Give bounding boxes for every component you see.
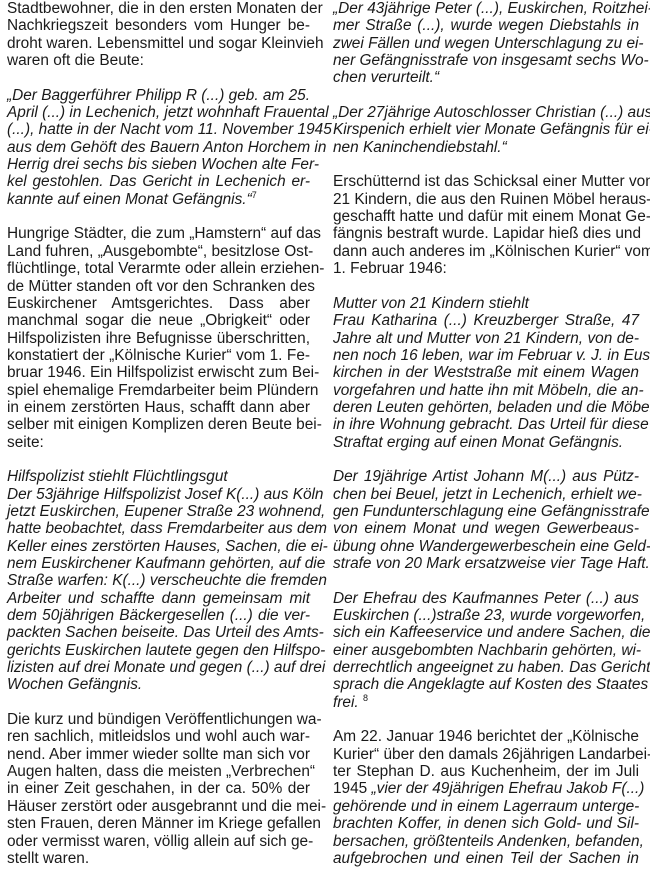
text-line: Euskirchener Amtsgerichtes. Dass aber <box>7 295 310 312</box>
text-line: in einem zerstörten Haus, schafft dann a… <box>7 399 310 416</box>
footnote-marker: 8 <box>363 693 368 703</box>
text-line: „Der 27jährige Autoschlosser Christian (… <box>333 104 639 121</box>
text-line: Jahre alt und Mutter von 21 Kindern, von… <box>333 330 639 347</box>
text-line: waren oft die Beute: <box>7 52 310 69</box>
quote-heading: Hilfspolizist stiehlt Flüchtlingsgut <box>7 468 310 485</box>
text-line: droht waren. Lebensmittel und sogar Klei… <box>7 35 310 52</box>
text-line: (...), hatte in der Nacht vom 11. Novemb… <box>7 121 310 138</box>
text-line: Hungrige Städter, die zum „Hamstern“ auf… <box>7 225 310 242</box>
text-line: Euskirchen (...)straße 23, wurde vorgewo… <box>333 607 639 624</box>
quote-fragment: „vier der 49jährigen Ehefrau Jakob F(...… <box>372 780 645 797</box>
text-line: Der Ehefrau des Kaufmannes Peter (...) a… <box>333 590 639 607</box>
text-line: manchmal sogar die neue „Obrigkeit“ oder <box>7 312 310 329</box>
text-line: 21 Kindern, die aus den Ruinen Möbel her… <box>333 191 639 208</box>
text-line: Die kurz und bündigen Veröffentlichungen… <box>7 711 310 728</box>
text-line: oder vermisst waren, völlig allein auf s… <box>7 833 310 850</box>
text-line: mer Straße (...), wurde wegen Diebstahls… <box>333 17 639 34</box>
text-line: zwei Fällen und wegen Unterschlagung zu … <box>333 35 639 52</box>
text-line: Keller eines zerstörten Hauses, Sachen, … <box>7 538 310 555</box>
text-line: Am 22. Januar 1946 berichtet der „Kölnis… <box>333 728 639 745</box>
text-line: lizisten auf drei Monate und gegen (...)… <box>7 659 310 676</box>
text-line: derrechtlich angeeignet zu haben. Das Ge… <box>333 659 639 676</box>
text-line: kannte auf einen Monat Gefängnis.“7 <box>7 191 310 208</box>
text-line: dann auch anderes im „Kölnischen Kurier“… <box>333 243 639 260</box>
text-line: vorgefahren und hatte ihn mit Möbeln, di… <box>333 382 639 399</box>
text-line: Kirspenich erhielt vier Monate Gefängnis… <box>333 121 639 138</box>
text-line: gehörende und in einem Lagerraum unterge… <box>333 798 639 815</box>
text-line: Stadtbewohner, die in den ersten Monaten… <box>7 0 310 17</box>
text-line: chen verurteilt.“ <box>333 69 639 86</box>
text-line: sich ein Kaffeeservice und andere Sachen… <box>333 624 639 641</box>
quote-peter-43: „Der 43jährige Peter (...), Euskirchen, … <box>333 0 639 87</box>
text-line: von einem Monat und wegen Gewerbeaus- <box>333 520 639 537</box>
document-page: Stadtbewohner, die in den ersten Monaten… <box>0 0 650 880</box>
text-line: „Der Baggerführer Philipp R (...) geb. a… <box>7 87 310 104</box>
text-line: April (...) in Lechenich, jetzt wohnhaft… <box>7 104 310 121</box>
text-line: Land fuhren, „Ausgebombte“, besitzlose O… <box>7 243 310 260</box>
text-line: nen noch 16 leben, war im Februar v. J. … <box>333 347 639 364</box>
text-line: hatte beobachtet, dass Fremdarbeiter aus… <box>7 520 310 537</box>
text-line: ren sachlich, mitleidslos und wohl auch … <box>7 728 310 745</box>
text-line: aufgebrochen und einen Teil der Sachen i… <box>333 850 639 867</box>
text-line: einer ausgebombten Nachbarin gehörten, w… <box>333 642 639 659</box>
quote-mutter-21-kinder: Mutter von 21 Kindern stiehlt Frau Katha… <box>333 295 639 451</box>
text-line: gen Fundunterschlagung eine Gefängnisstr… <box>333 503 639 520</box>
footnote-marker: 7 <box>252 190 257 200</box>
paragraph-veroeffentlichungen: Die kurz und bündigen Veröffentlichungen… <box>7 711 310 867</box>
text-line: de Mütter standen oft vor den Schranken … <box>7 278 310 295</box>
text-line: brachten Koffer, in denen sich Gold- und… <box>333 815 639 832</box>
text-line: Nachkriegszeit besonders vom Hunger be- <box>7 17 310 34</box>
text-line: spiel ehemalige Fremdarbeiter beim Plünd… <box>7 382 310 399</box>
quote-baggerfuehrer: „Der Baggerführer Philipp R (...) geb. a… <box>7 87 310 208</box>
text-line: ner Gefängnisstrafe von insgesamt sechs … <box>333 52 639 69</box>
text-line: kel gestohlen. Das Gericht in Lechenich … <box>7 173 310 190</box>
text-line: deren Leuten gehörten, beladen und die M… <box>333 399 639 416</box>
quote-artist-johann: Der 19jährige Artist Johann M(...) aus P… <box>333 468 639 572</box>
text-line: dem 50jährigen Bäckergesellen (...) die … <box>7 607 310 624</box>
text-line: bersachen, größtenteils Andenken, befand… <box>333 833 639 850</box>
text-line: in ihre Wohnung gebracht. Das Urteil für… <box>333 416 639 433</box>
text-line: Straße warfen: K(...) verscheuchte die f… <box>7 572 310 589</box>
text-line: Hilfspolizisten ihre Befugnisse überschr… <box>7 330 310 347</box>
text-line: ter Stephan D. aus Kuchenheim, der im Ju… <box>333 763 639 780</box>
text-line: geschafft hatte und dafür mit einem Mona… <box>333 208 639 225</box>
text-line: nend. Aber immer wieder sollte man sich … <box>7 746 310 763</box>
text-line: Häuser zerstört oder ausgebrannt und die… <box>7 798 310 815</box>
text-line: in einer Zeit geschahen, in der ca. 50% … <box>7 780 310 797</box>
text-line: konstatiert der „Kölnische Kurier“ vom 1… <box>7 347 310 364</box>
text-line: Der 53jährige Hilfspolizist Josef K(...)… <box>7 486 310 503</box>
text-fragment: frei. <box>333 694 359 711</box>
text-line: packten Sachen beiseite. Das Urteil des … <box>7 624 310 641</box>
text-fragment: kannte auf einen Monat Gefängnis.“ <box>7 191 252 208</box>
quote-autoschlosser: „Der 27jährige Autoschlosser Christian (… <box>333 104 639 156</box>
text-line: Herrig drei sechs bis sieben Wochen alte… <box>7 156 310 173</box>
left-column: Stadtbewohner, die in den ersten Monaten… <box>7 0 310 880</box>
text-line: selber mit einigen Komplizen deren Beute… <box>7 416 310 433</box>
text-line: bruar 1946. Ein Hilfspolizist erwischt z… <box>7 364 310 381</box>
text-line: 1945 „vier der 49jährigen Ehefrau Jakob … <box>333 780 639 797</box>
text-line: Straftat erging auf einen Monat Gefängni… <box>333 434 639 451</box>
text-line: seite: <box>7 434 310 451</box>
paragraph-mutter-schicksal: Erschütternd ist das Schicksal einer Mut… <box>333 173 639 277</box>
paragraph-hunger-intro: Stadtbewohner, die in den ersten Monaten… <box>7 0 310 69</box>
text-line: flüchtlinge, total Verarmte oder allein … <box>7 260 310 277</box>
text-line: chen bei Beuel, jetzt in Lechenich, erhi… <box>333 486 639 503</box>
paragraph-hungrige-staedter: Hungrige Städter, die zum „Hamstern“ auf… <box>7 225 310 450</box>
text-line: 1. Februar 1946: <box>333 260 639 277</box>
text-line: fängnis bestraft wurde. Lapidar hieß die… <box>333 225 639 242</box>
text-line: nem Euskirchener Kaufmann gehörten, auf … <box>7 555 310 572</box>
text-line: kirchen in der Weststraße mit einem Wage… <box>333 364 639 381</box>
text-line: Der 19jährige Artist Johann M(...) aus P… <box>333 468 639 485</box>
text-line: frei. 8 <box>333 694 639 711</box>
paragraph-stephan-d: Am 22. Januar 1946 berichtet der „Kölnis… <box>333 728 639 867</box>
text-line: jetzt Euskirchen, Eupener Straße 23 wohn… <box>7 503 310 520</box>
quote-heading: Mutter von 21 Kindern stiehlt <box>333 295 639 312</box>
quote-ehefrau-kaufmann: Der Ehefrau des Kaufmannes Peter (...) a… <box>333 590 639 711</box>
text-line: Frau Katharina (...) Kreuzberger Straße,… <box>333 312 639 329</box>
text-line: aus dem Gehöft des Bauern Anton Horchem … <box>7 139 310 156</box>
quote-hilfspolizist: Hilfspolizist stiehlt Flüchtlingsgut Der… <box>7 468 310 693</box>
text-line: stellt waren. <box>7 850 310 867</box>
text-line: Kurier“ über den damals 26jährigen Landa… <box>333 746 639 763</box>
text-line: Erschütternd ist das Schicksal einer Mut… <box>333 173 639 190</box>
text-line: sten Frauen, deren Männer im Kriege gefa… <box>7 815 310 832</box>
text-fragment: 1945 <box>333 780 372 797</box>
text-line: nen Kaninchendiebstahl.“ <box>333 139 639 156</box>
text-line: Arbeiter und schaffte dann gemeinsam mit <box>7 590 310 607</box>
text-line: „Der 43jährige Peter (...), Euskirchen, … <box>333 0 639 17</box>
text-line: strafe von 20 Mark ersatzweise vier Tage… <box>333 555 639 572</box>
text-line: Augen halten, dass die meisten „Verbrech… <box>7 763 310 780</box>
text-line: sprach die Angeklagte auf Kosten des Sta… <box>333 676 639 693</box>
text-line: gerichts Euskirchen lautete gegen den Hi… <box>7 642 310 659</box>
text-line: Wochen Gefängnis. <box>7 676 310 693</box>
text-line: übung ohne Wandergewerbeschein eine Geld… <box>333 538 639 555</box>
right-column: „Der 43jährige Peter (...), Euskirchen, … <box>333 0 639 880</box>
